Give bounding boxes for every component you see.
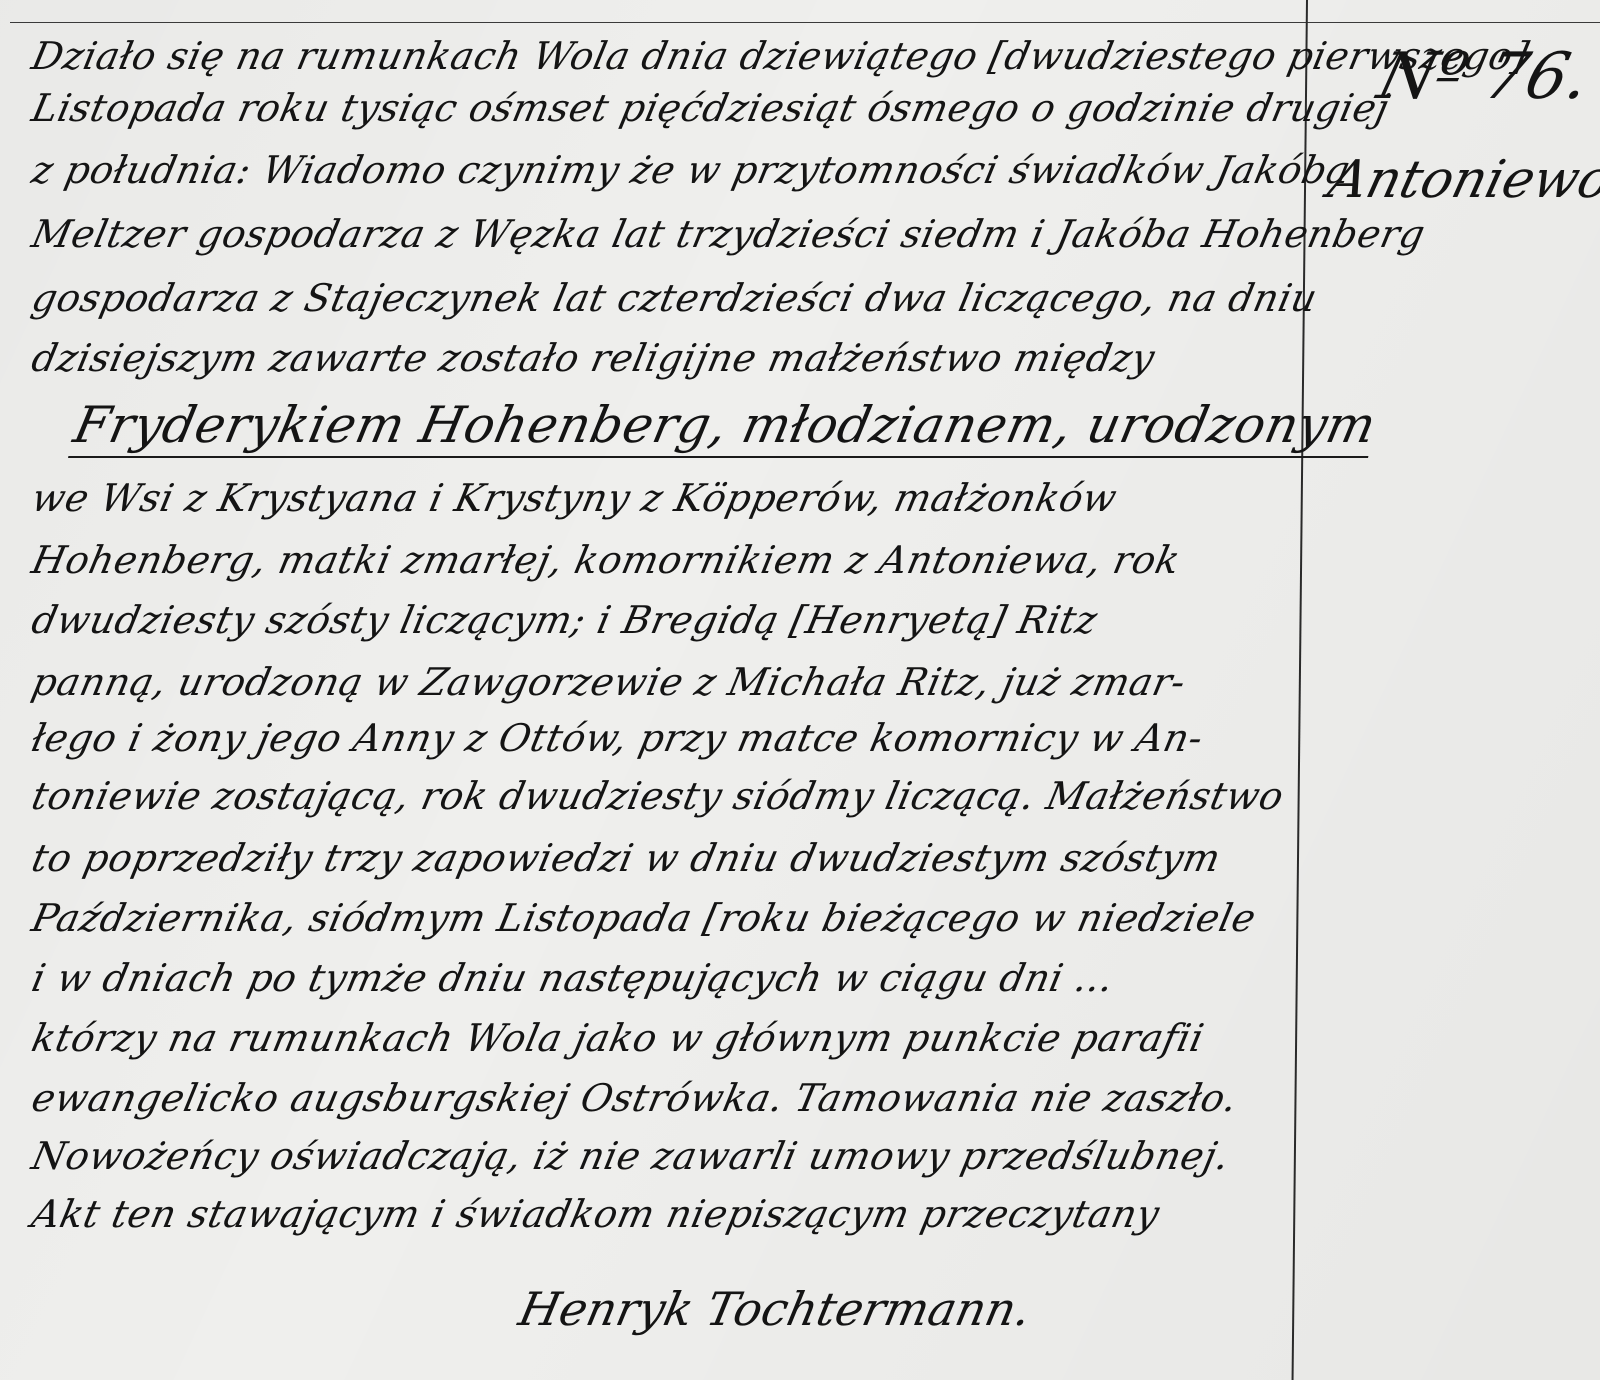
record-line-9: Hohenberg, matki zmarłej, komornikiem z …: [28, 538, 1184, 582]
record-line-13: toniewie zostającą, rok dwudziesty siódm…: [28, 774, 1288, 818]
entry-place: Antoniewo.: [1323, 150, 1600, 210]
margin-column-divider: [1292, 0, 1308, 1380]
record-line-2: Listopada roku tysiąc ośmset pięćdziesią…: [28, 86, 1393, 130]
document-page: Działo się na rumunkach Wola dnia dziewi…: [0, 0, 1600, 1380]
record-line-12: łego i żony jego Anny z Ottów, przy matc…: [28, 716, 1207, 760]
record-line-18: ewangelicko augsburgskiej Ostrówka. Tamo…: [28, 1076, 1242, 1120]
record-line-3: z południa: Wiadomo czynimy że w przytom…: [28, 148, 1355, 192]
record-line-15: Października, siódmym Listopada [roku bi…: [28, 896, 1260, 940]
record-line-6: dzisiejszym zawarte zostało religijne ma…: [28, 336, 1159, 380]
groom-name-line: Fryderykiem Hohenberg, młodzianem, urodz…: [68, 396, 1381, 458]
record-line-5: gospodarza z Stajeczynek lat czterdzieśc…: [28, 276, 1321, 320]
record-line-17: którzy na rumunkach Wola jako w głównym …: [28, 1016, 1208, 1060]
record-line-14: to poprzedziły trzy zapowiedzi w dniu dw…: [28, 836, 1225, 880]
top-ruled-line: [10, 22, 1600, 23]
record-line-20: Akt ten stawającym i świadkom niepiszący…: [28, 1192, 1164, 1236]
record-line-4: Meltzer gospodarza z Węzka lat trzydzieś…: [28, 212, 1429, 256]
record-line-19: Nowożeńcy oświadczają, iż nie zawarli um…: [28, 1134, 1234, 1178]
record-line-8: we Wsi z Krystyana i Krystyny z Köpperów…: [28, 476, 1121, 520]
record-line-1: Działo się na rumunkach Wola dnia dziewi…: [28, 34, 1533, 78]
entry-number: Nº 76.: [1371, 40, 1598, 114]
record-line-16: i w dniach po tymże dniu następujących w…: [28, 956, 1118, 1000]
officiant-signature: Henryk Tochtermann.: [514, 1282, 1036, 1336]
record-line-11: panną, urodzoną w Zawgorzewie z Michała …: [28, 660, 1190, 704]
bride-name-line: dwudziesty szósty liczącym; i Bregidą [H…: [28, 598, 1101, 642]
